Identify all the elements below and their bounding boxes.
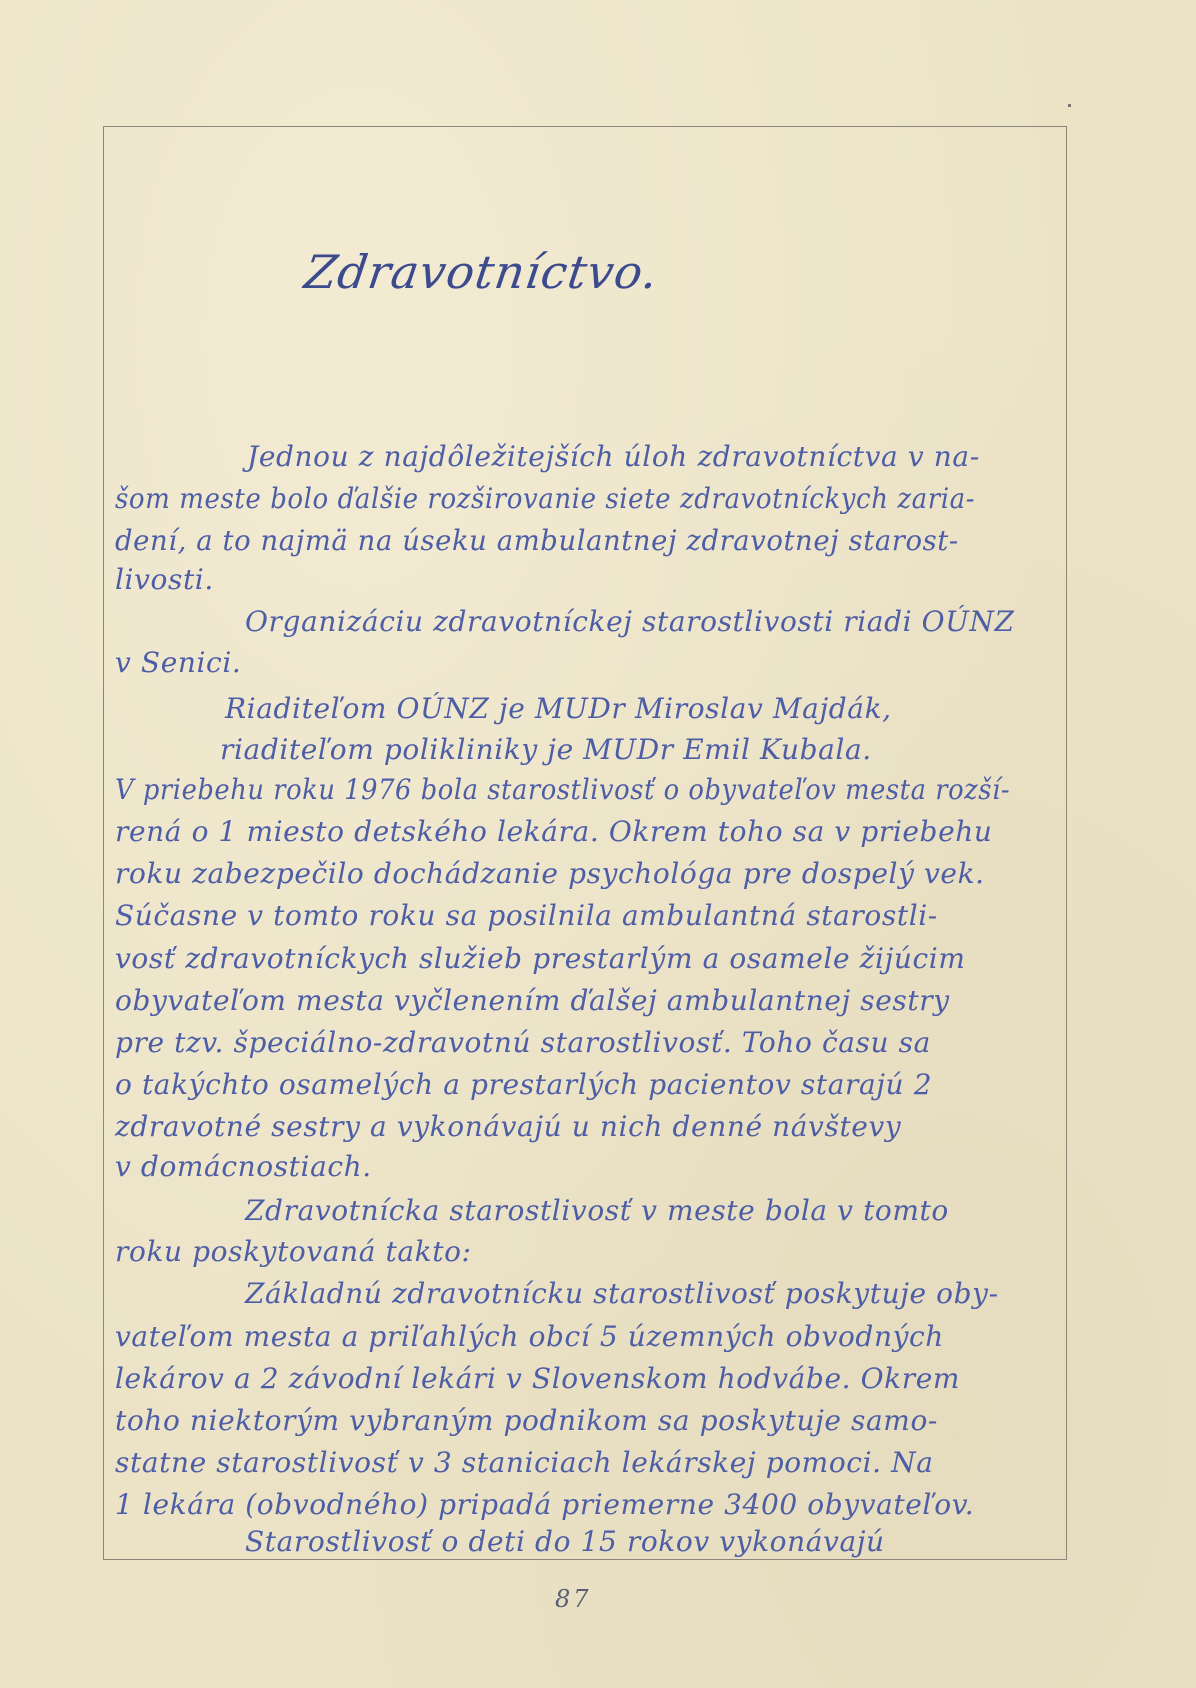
page-title: Zdravotníctvo. — [301, 245, 662, 299]
text-line: vateľom mesta a priľahlých obcí 5 územný… — [115, 1320, 944, 1353]
text-line: statne starostlivosť v 3 staniciach leká… — [115, 1446, 934, 1479]
text-line: pre tzv. špeciálno-zdravotnú starostlivo… — [115, 1026, 931, 1059]
text-line: lekárov a 2 závodní lekári v Slovenskom … — [115, 1362, 960, 1395]
text-line: riaditeľom polikliniky je MUDr Emil Kuba… — [220, 733, 872, 766]
text-line: V priebehu roku 1976 bola starostlivosť … — [115, 773, 1010, 806]
corner-mark — [1068, 104, 1071, 107]
text-line: dení, a to najmä na úseku ambulantnej zd… — [115, 524, 959, 557]
text-line: Organizáciu zdravotníckej starostlivosti… — [245, 605, 1015, 638]
text-line: Riaditeľom OÚNZ je MUDr Miroslav Majdák, — [225, 692, 892, 725]
text-line: 1 lekára (obvodného) pripadá priemerne 3… — [115, 1488, 974, 1521]
text-line: v domácnostiach. — [115, 1150, 372, 1183]
text-line: vosť zdravotníckych služieb prestarlým a… — [115, 942, 965, 975]
text-line: zdravotné sestry a vykonávajú u nich den… — [115, 1110, 901, 1143]
text-line: livosti. — [115, 563, 214, 596]
text-line: o takýchto osamelých a prestarlých pacie… — [115, 1068, 932, 1101]
text-line: Zdravotnícka starostlivosť v meste bola … — [245, 1194, 949, 1227]
text-line: roku poskytovaná takto: — [115, 1235, 472, 1268]
page-number: 87 — [555, 1585, 592, 1613]
text-line: toho niektorým vybraným podnikom sa posk… — [115, 1404, 938, 1437]
text-line: rená o 1 miesto detského lekára. Okrem t… — [115, 815, 993, 848]
text-line: roku zabezpečilo dochádzanie psychológa … — [115, 857, 985, 890]
text-line: obyvateľom mesta vyčlenením ďalšej ambul… — [115, 984, 950, 1017]
text-line: Základnú zdravotnícku starostlivosť posk… — [245, 1277, 999, 1310]
text-line: Súčasne v tomto roku sa posilnila ambula… — [115, 899, 938, 932]
text-line: v Senici. — [115, 646, 241, 679]
text-line: šom meste bolo ďalšie rozširovanie siete… — [115, 482, 975, 515]
text-line: Jednou z najdôležitejších úloh zdravotní… — [247, 440, 980, 473]
text-line: Starostlivosť o deti do 15 rokov vykonáv… — [245, 1525, 885, 1558]
handwritten-chronicle-page: Zdravotníctvo. Jednou z najdôležitejších… — [0, 0, 1196, 1688]
